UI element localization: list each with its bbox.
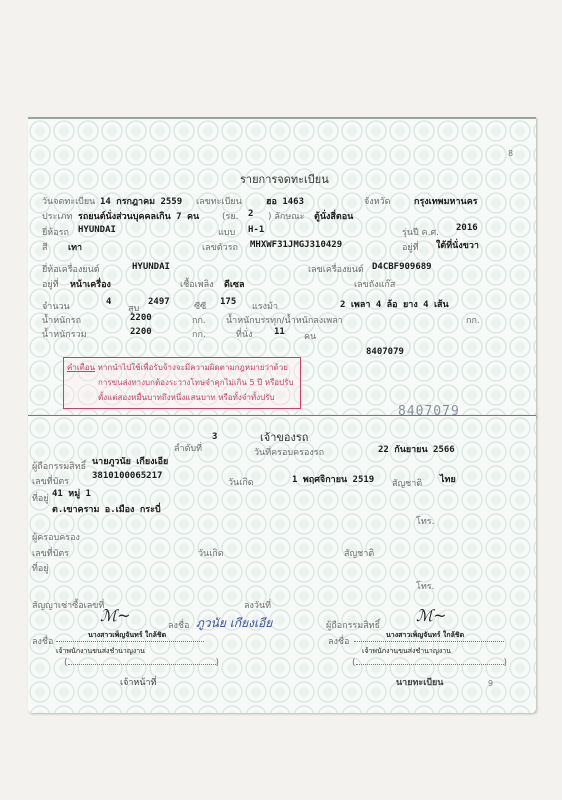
engine-location: หน้าเครื่อง: [70, 277, 111, 291]
possessor-label: ผู้ครอบครอง: [32, 530, 80, 544]
right-officer-position: เจ้าพนักงานขนส่งชำนาญงาน: [362, 646, 451, 657]
owner-dob: 1 พฤศจิกายน 2519: [292, 472, 374, 486]
brand-label: ยี่ห้อรถ: [42, 225, 69, 239]
page-title: รายการจดทะเบียน: [240, 170, 329, 188]
right-sign-label: ลงชื่อ: [328, 634, 349, 648]
left-sign-line: [56, 641, 204, 642]
year: 2016: [456, 223, 478, 233]
style: ตู้นั่งสี่ตอน: [314, 209, 353, 223]
horsepower-label: แรงม้า: [252, 299, 278, 313]
load-kg: กก.: [466, 313, 480, 327]
engine-brand-label: ยี่ห้อเครื่องยนต์: [42, 262, 100, 276]
seats-unit: คน: [304, 329, 316, 343]
load-label: น้ำหนักบรรทุก/น้ำหนักลงเพลา: [226, 313, 343, 327]
contract-label: สัญญาเช่าซื้อเลขที่: [32, 598, 104, 612]
gas-tank-label: เลขถังแก๊ส: [354, 277, 395, 291]
gross-weight: 2200: [130, 327, 152, 337]
warning-line-2: การขนส่งทางบกต้องระวางโทษจำคุกไม่เกิน 5 …: [98, 376, 294, 389]
contract-date-label: ลงวันที่: [244, 598, 271, 612]
possessor-dob-label: วันเกิด: [198, 546, 224, 560]
right-sign-line: [354, 641, 504, 642]
engine-number: D4CBF909689: [372, 262, 432, 272]
possession-date-label: วันที่ครอบครองรถ: [254, 445, 324, 459]
fuel-label: เชื้อเพลิง: [180, 277, 214, 291]
weight: 2200: [130, 313, 152, 323]
possessor-nationality-label: สัญชาติ: [344, 546, 374, 560]
chassis-label: เลขตัวรถ: [202, 240, 238, 254]
page-number: 9: [488, 679, 493, 688]
left-sign-label: ลงชื่อ: [32, 634, 53, 648]
warning-line-3: ตั้งแต่สองหมื่นบาทถึงหนึ่งแสนบาท หรือทั้…: [98, 391, 275, 404]
owner-dob-label: วันเกิด: [228, 475, 254, 489]
seats: 11: [274, 327, 285, 337]
seats-label: ที่นั่ง: [236, 327, 252, 341]
type-label: ประเภท: [42, 209, 72, 223]
province-label: จังหวัด: [364, 194, 391, 208]
count-label: จำนวน: [42, 299, 70, 313]
warning-box: คำเตือน หากนำไปใช้เพื่อรับจ้างจะมีความผิ…: [63, 357, 301, 409]
left-paren: (): [64, 658, 219, 668]
owner-name: นายภูวนัย เกียงเอีย: [92, 454, 168, 468]
owner-id: 3810100065217: [92, 471, 162, 481]
plate: ฮอ 1463: [266, 194, 304, 208]
registration-page: 8 รายการจดทะเบียน วันจดทะเบียน 14 กรกฎาค…: [28, 117, 536, 417]
owner-nationality-label: สัญชาติ: [392, 476, 422, 490]
owner-signature: ภูวนัย เกียงเอีย: [196, 614, 272, 633]
fuel: ดีเซล: [224, 277, 245, 291]
engine-brand: HYUNDAI: [132, 262, 170, 272]
owner-page: เจ้าของรถ ลำดับที่ 3 วันที่ครอบครองรถ 22…: [28, 415, 536, 713]
owner-sign-role: ผู้ถือกรรมสิทธิ์: [326, 618, 380, 632]
right-officer-role: นายทะเบียน: [396, 675, 443, 689]
color: เทา: [68, 240, 82, 254]
model-label: แบบ: [218, 225, 235, 239]
plate-label: เลขทะเบียน: [196, 194, 242, 208]
brand: HYUNDAI: [78, 225, 116, 235]
registrar-signature: ℳ~: [416, 606, 447, 625]
gross-kg: กก.: [192, 327, 206, 341]
gross-weight-label: น้ำหนักรวม: [42, 327, 87, 341]
left-officer-position: เจ้าพนักงานขนส่งชำนาญงาน: [56, 646, 145, 657]
type: รถยนต์นั่งส่วนบุคคลเกิน 7 คน: [78, 209, 199, 223]
officer-signature: ℳ~: [100, 606, 131, 625]
chassis-location: ใต้ที่นั่งขวา: [436, 238, 479, 252]
warning-lead: คำเตือน: [67, 363, 95, 372]
weight-kg: กก.: [192, 313, 206, 327]
owner-address-2: ต.เขาคราม อ.เมือง กระบี่: [52, 502, 161, 516]
cc: 2497: [148, 297, 170, 307]
owner-section-title: เจ้าของรถ: [260, 428, 308, 446]
style-label: ) ลักษณะ: [268, 209, 304, 223]
color-label: สี: [42, 240, 48, 254]
model: H-1: [248, 225, 264, 235]
right-officer-name: นางสาวเพ็ญจันทร์ ใกล้ชิด: [386, 630, 464, 641]
weight-label: น้ำหนักรถ: [42, 313, 81, 327]
possessor-tel-label: โทร.: [416, 579, 434, 593]
cc-label: ซีซี: [194, 299, 206, 313]
page-number: 8: [508, 149, 513, 158]
reg-date-label: วันจดทะเบียน: [42, 194, 95, 208]
reg-date: 14 กรกฎาคม 2559: [100, 194, 182, 208]
chassis-location-label: อยู่ที่: [402, 240, 419, 254]
warning-line-1: หากนำไปใช้เพื่อรับจ้างจะมีความผิดตามกฎหม…: [98, 363, 288, 372]
possessor-address-label: ที่อยู่: [32, 561, 49, 575]
order-label: ลำดับที่: [174, 441, 202, 455]
owner-sign-label: ลงชื่อ: [168, 618, 189, 632]
ry: 2: [248, 209, 253, 219]
ry-label: (รย.: [222, 209, 238, 223]
possession-date: 22 กันยายน 2566: [378, 442, 455, 456]
serial-number: 8407079: [366, 347, 404, 357]
axles-wheels: 2 เพลา 4 ล้อ ยาง 4 เส้น: [340, 297, 449, 311]
owner-tel-label: โทร.: [416, 514, 434, 528]
owner-address-label: ที่อยู่: [32, 491, 49, 505]
order-number: 3: [212, 432, 217, 442]
left-officer-role: เจ้าหน้าที่: [120, 675, 156, 689]
owner-nationality: ไทย: [440, 472, 456, 486]
owner-name-label: ผู้ถือกรรมสิทธิ์: [32, 459, 86, 473]
province: กรุงเทพมหานคร: [414, 194, 478, 208]
left-officer-name: นางสาวเพ็ญจันทร์ ใกล้ชิด: [88, 630, 166, 641]
year-label: รุ่นปี ค.ศ.: [402, 225, 439, 239]
cylinders: 4: [106, 297, 111, 307]
chassis-number: MHXWF31JMGJ310429: [250, 240, 342, 250]
engine-location-label: อยู่ที่: [42, 277, 59, 291]
horsepower: 175: [220, 297, 236, 307]
right-paren: (): [352, 658, 507, 668]
engine-number-label: เลขเครื่องยนต์: [308, 262, 364, 276]
owner-address-1: 41 หมู่ 1: [52, 486, 91, 500]
possessor-id-label: เลขที่บัตร: [32, 546, 69, 560]
